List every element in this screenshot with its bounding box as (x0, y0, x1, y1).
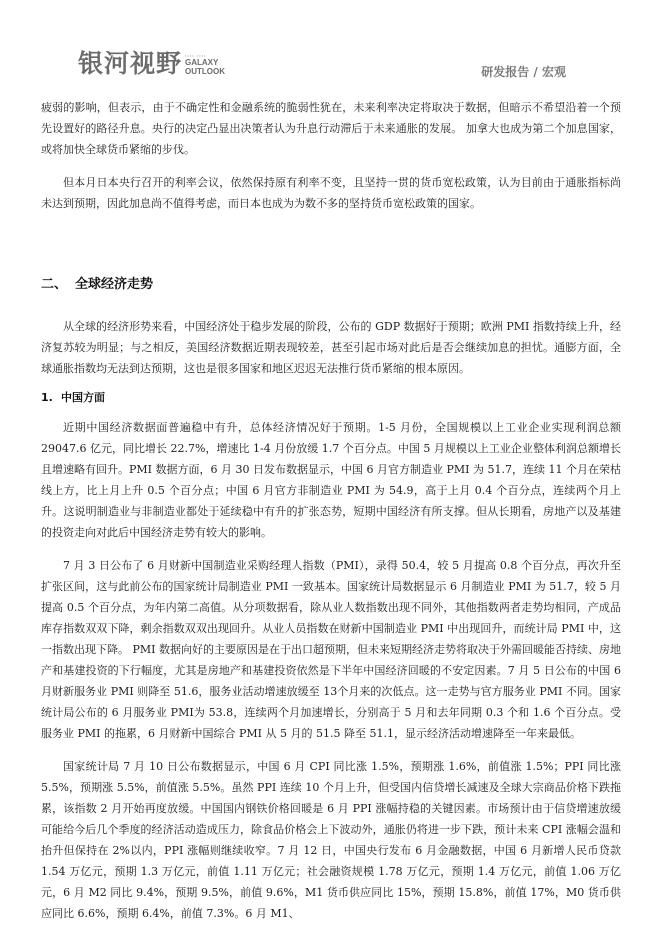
section-number: 二、 (41, 274, 75, 296)
paragraph-china-overview: 近期中国经济数据面普遍稳中有升，总体经济情况好于预期。1-5 月份，全国规模以上… (41, 417, 621, 543)
subsection-number: 1. (41, 387, 61, 409)
page-header: 银河视野 •••• •••• GALAXY OUTLOOK 研发报告 / 宏观 (0, 0, 662, 95)
logo-chinese-text: 银河视野 (78, 50, 182, 78)
report-category-label: 研发报告 / 宏观 (481, 63, 566, 80)
subsection-title: 中国方面 (61, 391, 105, 404)
subsection-heading: 1.中国方面 (41, 387, 621, 409)
paragraph-japan: 但本月日本央行召开的利率会议，依然保持原有利率不变，且坚持一贯的货币宽松政策，认… (41, 172, 621, 214)
paragraph-continued: 疲弱的影响，但表示，由于不确定性和金融系统的脆弱性犹在，未来利率决定将取决于数据… (41, 97, 621, 160)
logo-en-line1: GALAXY (185, 58, 225, 67)
paragraph-cpi-ppi: 国家统计局 7 月 10 日公布数据显示，中国 6 月 CPI 同比涨 1.5%… (41, 756, 621, 924)
galaxy-outlook-logo: 银河视野 •••• •••• GALAXY OUTLOOK (78, 50, 225, 78)
paragraph-global-intro: 从全球的经济形势来看，中国经济处于稳步发展的阶段，公布的 GDP 数据好于预期；… (41, 316, 621, 379)
document-body: 疲弱的影响，但表示，由于不确定性和金融系统的脆弱性犹在，未来利率决定将取决于数据… (41, 97, 621, 924)
section-heading: 二、全球经济走势 (41, 274, 621, 296)
logo-en-line2: OUTLOOK (185, 67, 225, 76)
paragraph-pmi: 7 月 3 日公布了 6 月财新中国制造业采购经理人指数（PMI），录得 50.… (41, 555, 621, 744)
section-title: 全球经济走势 (75, 277, 153, 292)
logo-english-text: •••• •••• GALAXY OUTLOOK (185, 53, 225, 78)
